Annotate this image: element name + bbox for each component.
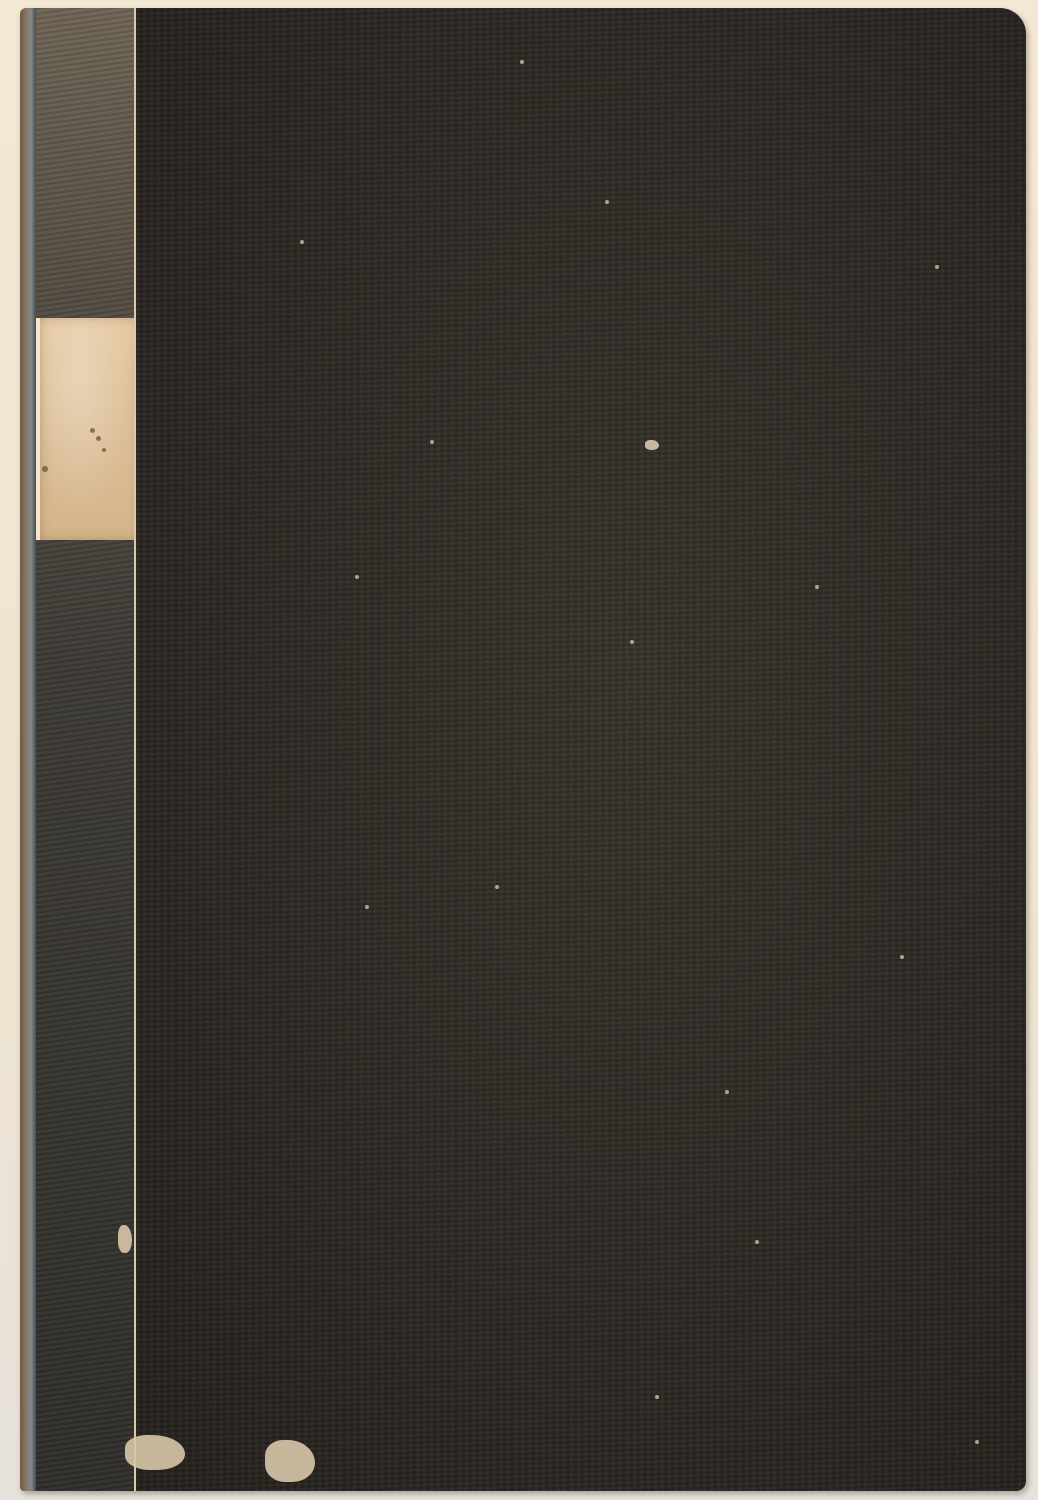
book-spine [36, 8, 134, 1491]
stain-mark [42, 466, 48, 472]
speck [430, 440, 434, 444]
book-front-cover [134, 8, 1026, 1491]
photo-scene [0, 0, 1038, 1500]
speck [755, 1240, 759, 1244]
speck [495, 885, 499, 889]
speck [520, 60, 524, 64]
spine-label [36, 318, 138, 540]
speck [300, 240, 304, 244]
wear-spot [125, 1435, 185, 1470]
wear-spot [118, 1225, 132, 1253]
book-spine-edge [20, 8, 36, 1491]
book [20, 8, 1026, 1491]
speck [355, 575, 359, 579]
stain-mark [96, 436, 101, 441]
speck [975, 1440, 979, 1444]
speck [900, 955, 904, 959]
speck [605, 200, 609, 204]
speck [815, 585, 819, 589]
speck [935, 265, 939, 269]
speck [655, 1395, 659, 1399]
wear-spot [265, 1440, 315, 1482]
stain-mark [90, 428, 95, 433]
wear-spot [645, 440, 659, 450]
speck [725, 1090, 729, 1094]
speck [630, 640, 634, 644]
speck [365, 905, 369, 909]
stain-mark [102, 448, 106, 452]
